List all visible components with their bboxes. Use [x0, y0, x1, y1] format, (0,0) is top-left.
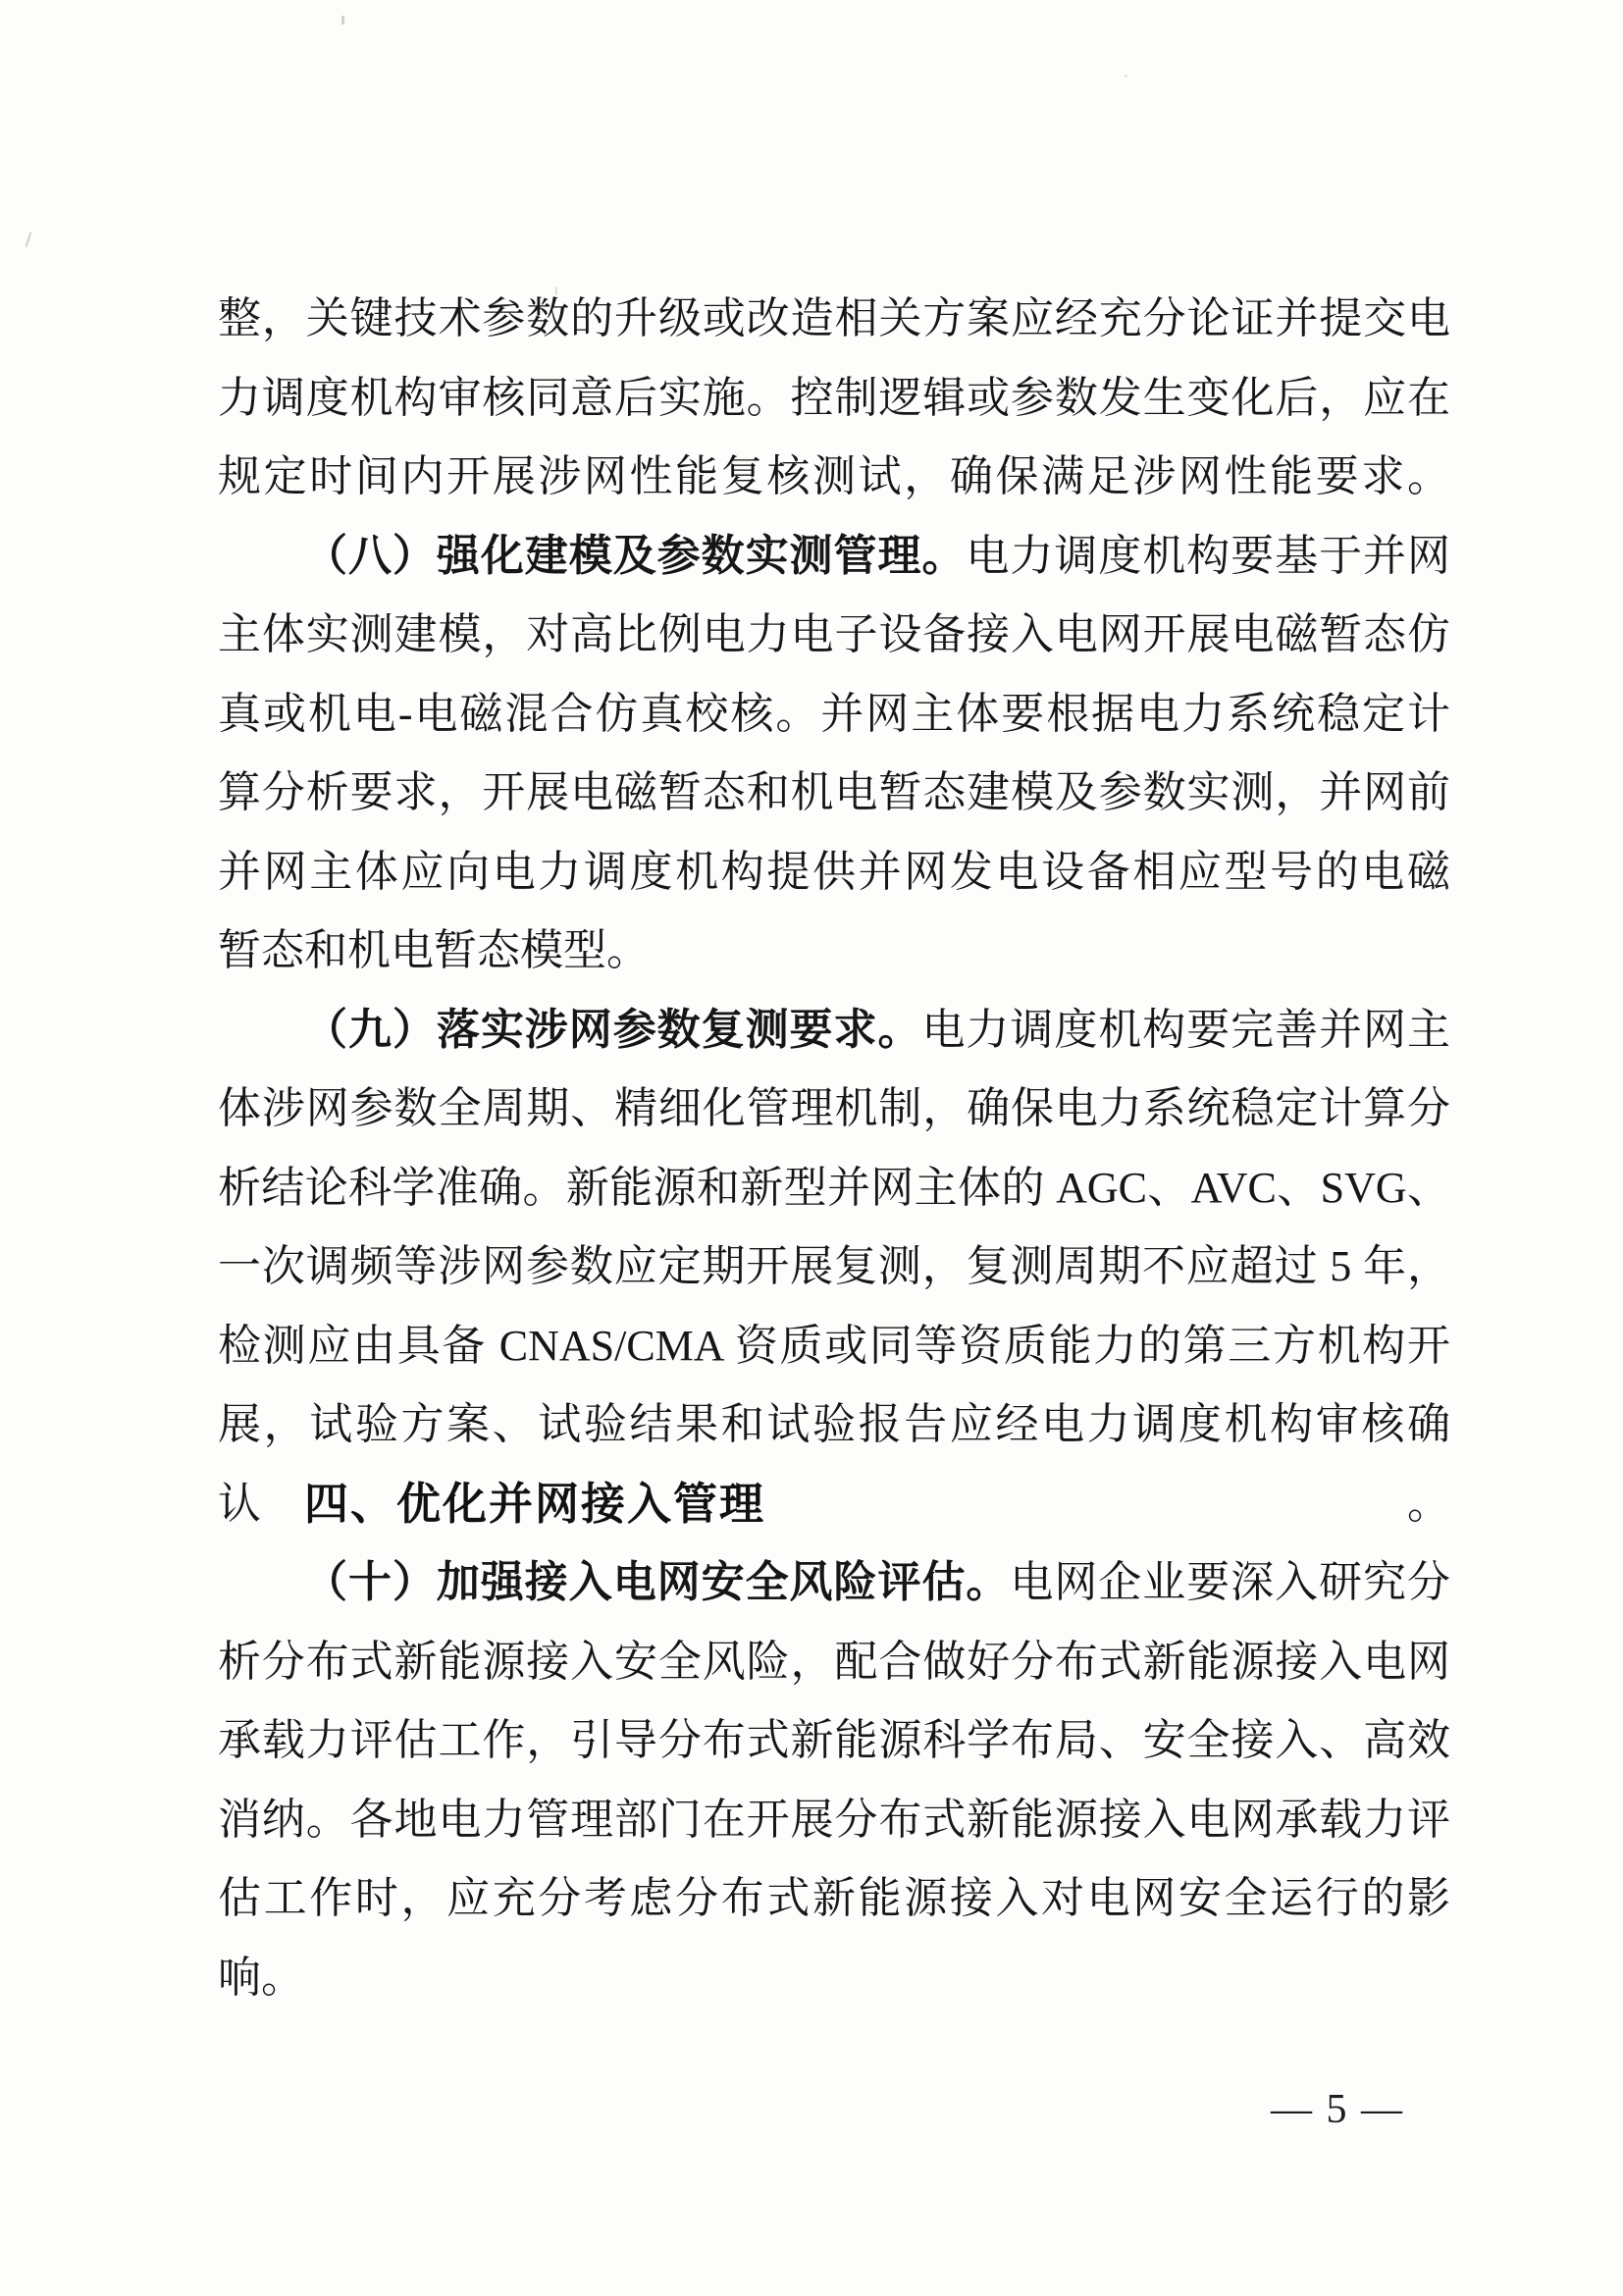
body-text: 并网主体应向电力调度机构提供并网发电设备相应型号的电磁 [218, 848, 1450, 896]
body-text: 检测应由具备 CNAS/CMA 资质或同等资质能力的第三方机构开 [218, 1322, 1450, 1370]
body-text: 估工作时，应充分考虑分布式新能源接入对电网安全运行的影 [218, 1874, 1450, 1922]
body-text: 规定时间内开展涉网性能复核测试，确保满足涉网性能要求。 [218, 452, 1450, 500]
text-line: 一次调频等涉网参数应定期开展复测，复测周期不应超过 5 年， [218, 1227, 1450, 1307]
text-line: 规定时间内开展涉网性能复核测试，确保满足涉网性能要求。 [218, 438, 1450, 517]
text-line: 力调度机构审核同意后实施。控制逻辑或参数发生变化后，应在 [218, 359, 1450, 439]
text-line: 消纳。各地电力管理部门在开展分布式新能源接入电网承载力评 [218, 1781, 1450, 1860]
emphasis-text: （十）加强接入电网安全风险评估。 [304, 1558, 1010, 1606]
body-text: 整，关键技术参数的升级或改造相关方案应经充分论证并提交电 [218, 294, 1450, 342]
text-line: 估工作时，应充分考虑分布式新能源接入对电网安全运行的影 [218, 1859, 1450, 1939]
text-line: （八）强化建模及参数实测管理。电力调度机构要基于并网 [218, 517, 1450, 597]
text-line: （九）落实涉网参数复测要求。电力调度机构要完善并网主 [218, 991, 1450, 1070]
text-line: 析分布式新能源接入安全风险，配合做好分布式新能源接入电网 [218, 1623, 1450, 1702]
body-text: 电网企业要深入研究分 [1010, 1558, 1450, 1606]
text-line: 暂态和机电暂态模型。 [218, 912, 1450, 991]
body-text: 算分析要求，开展电磁暂态和机电暂态建模及参数实测，并网前 [218, 768, 1450, 816]
body-text: 消纳。各地电力管理部门在开展分布式新能源接入电网承载力评 [218, 1796, 1450, 1844]
document-page: 整，关键技术参数的升级或改造相关方案应经充分论证并提交电力调度机构审核同意后实施… [0, 0, 1623, 2296]
body-text: 体涉网参数全周期、精细化管理机制，确保电力系统稳定计算分 [218, 1084, 1450, 1132]
text-line: 整，关键技术参数的升级或改造相关方案应经充分论证并提交电 [218, 280, 1450, 359]
body-text: 承载力评估工作，引导分布式新能源科学布局、安全接入、高效 [218, 1716, 1450, 1764]
body-text: 响。 [218, 1954, 304, 2002]
emphasis-text: 四、优化并网接入管理 [304, 1479, 765, 1529]
scan-speck [1125, 75, 1127, 78]
emphasis-text: （八）强化建模及参数实测管理。 [304, 532, 966, 580]
text-line: 承载力评估工作，引导分布式新能源科学布局、安全接入、高效 [218, 1701, 1450, 1781]
emphasis-text: （九）落实涉网参数复测要求。 [304, 1006, 921, 1054]
scan-speck [26, 232, 32, 247]
body-text: 析分布式新能源接入安全风险，配合做好分布式新能源接入电网 [218, 1638, 1450, 1686]
text-line: 并网主体应向电力调度机构提供并网发电设备相应型号的电磁 [218, 833, 1450, 913]
text-line: 响。 [218, 1939, 1450, 2018]
document-body: 整，关键技术参数的升级或改造相关方案应经充分论证并提交电力调度机构审核同意后实施… [218, 280, 1450, 2017]
text-line: 检测应由具备 CNAS/CMA 资质或同等资质能力的第三方机构开 [218, 1307, 1450, 1386]
page-number: — 5 — [1271, 2080, 1467, 2139]
body-text: 电力调度机构要基于并网 [966, 532, 1450, 580]
body-text: 真或机电-电磁混合仿真校核。并网主体要根据电力系统稳定计 [218, 690, 1450, 738]
body-text: 电力调度机构要完善并网主 [921, 1006, 1450, 1054]
body-text: 主体实测建模，对高比例电力电子设备接入电网开展电磁暂态仿 [218, 610, 1450, 658]
body-text: 暂态和机电暂态模型。 [218, 926, 650, 974]
text-line: 体涉网参数全周期、精细化管理机制，确保电力系统稳定计算分 [218, 1070, 1450, 1149]
scan-speck [341, 16, 344, 25]
body-text: 一次调频等涉网参数应定期开展复测，复测周期不应超过 5 年， [218, 1242, 1450, 1290]
text-line: 析结论科学准确。新能源和新型并网主体的 AGC、AVC、SVG、 [218, 1149, 1450, 1228]
body-text: 析结论科学准确。新能源和新型并网主体的 AGC、AVC、SVG、 [218, 1164, 1450, 1212]
text-line: 展，试验方案、试验结果和试验报告应经电力调度机构审核确认。 [218, 1385, 1450, 1465]
text-line: 主体实测建模，对高比例电力电子设备接入电网开展电磁暂态仿 [218, 596, 1450, 675]
text-line: （十）加强接入电网安全风险评估。电网企业要深入研究分 [218, 1543, 1450, 1623]
text-line: 真或机电-电磁混合仿真校核。并网主体要根据电力系统稳定计 [218, 675, 1450, 755]
body-text: 力调度机构审核同意后实施。控制逻辑或参数发生变化后，应在 [218, 374, 1450, 422]
text-line: 算分析要求，开展电磁暂态和机电暂态建模及参数实测，并网前 [218, 754, 1450, 833]
